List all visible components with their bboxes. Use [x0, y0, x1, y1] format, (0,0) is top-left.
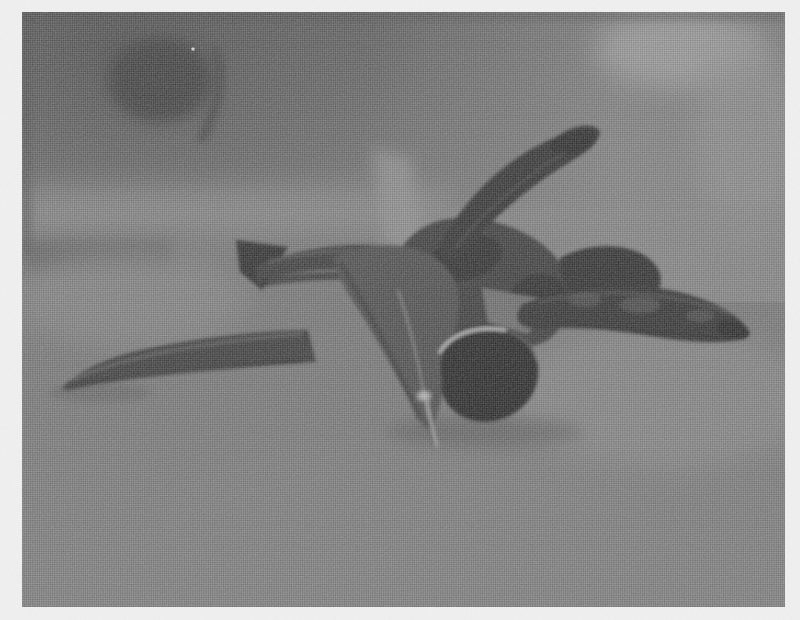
photo-canvas: Black-and-white halftone photograph of a…: [0, 0, 800, 620]
grain-overlay: [22, 12, 785, 607]
photo: [12, 12, 800, 615]
photo-figure: Black-and-white halftone photograph of a…: [0, 0, 800, 620]
